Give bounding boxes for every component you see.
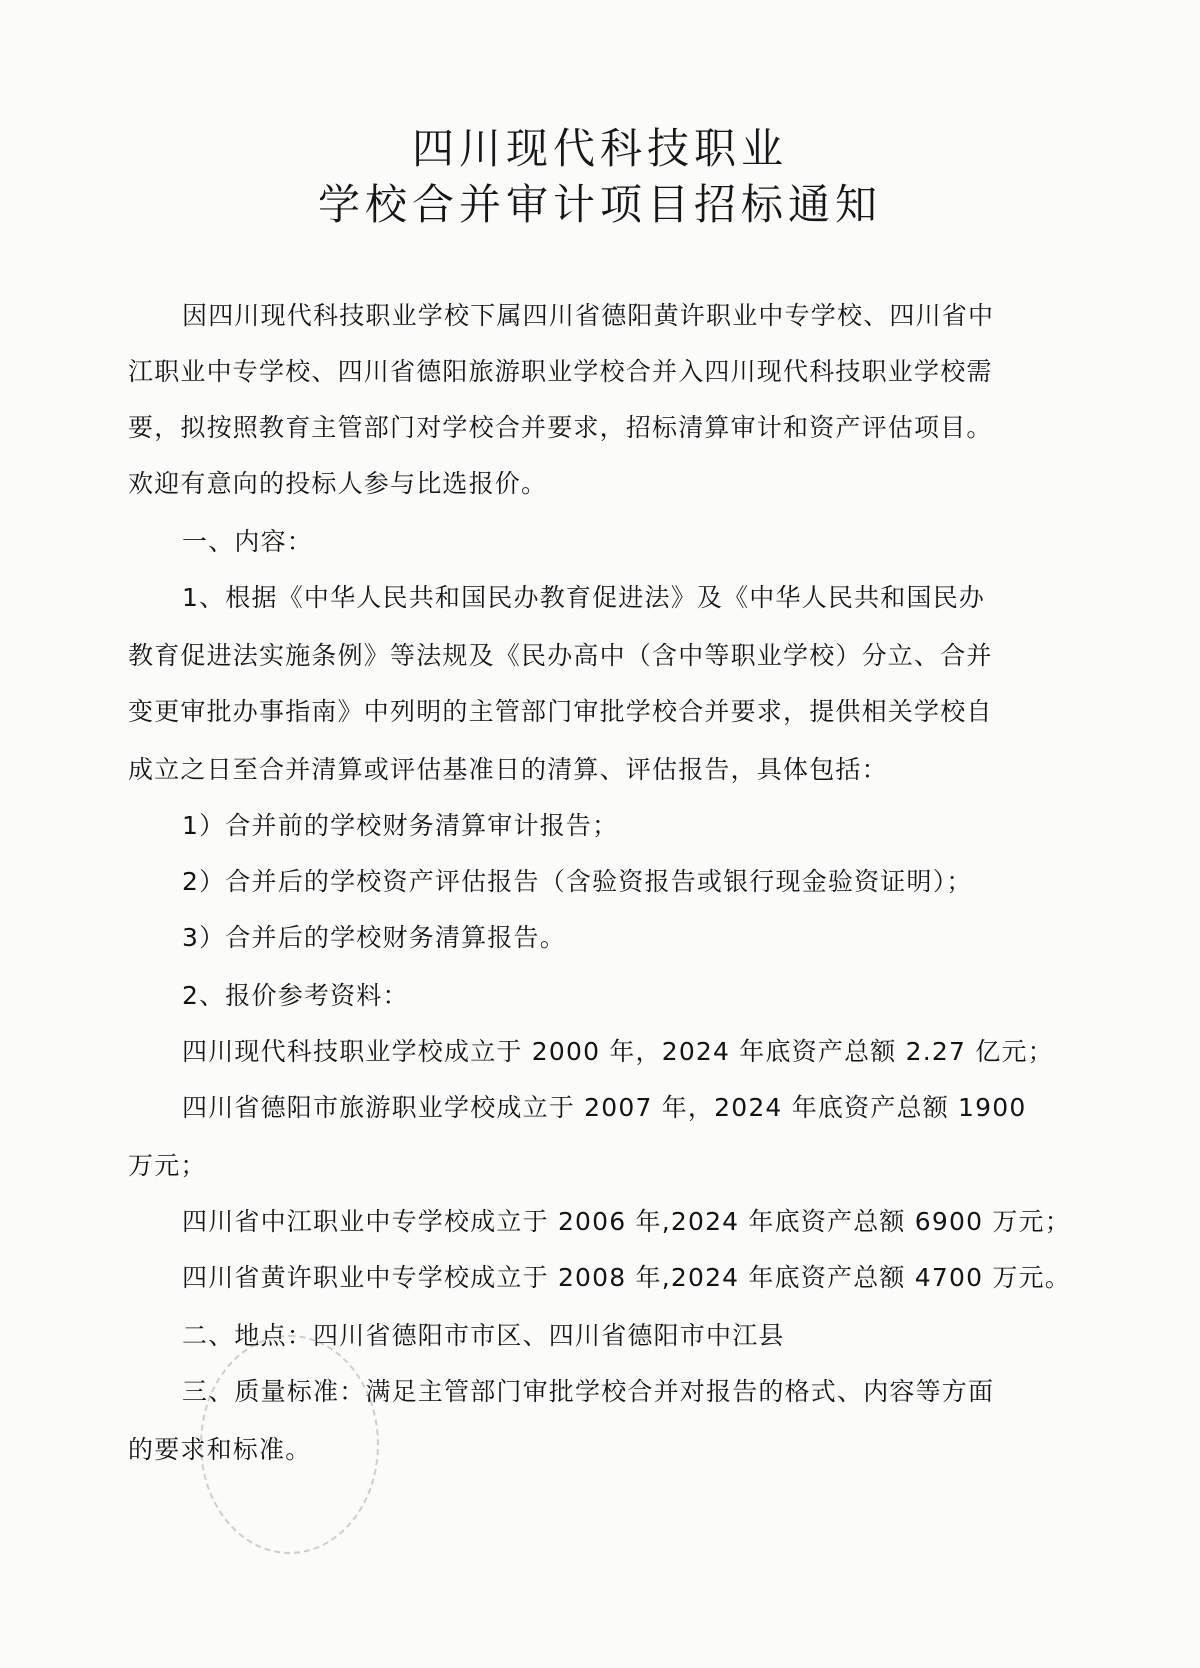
report-item: 2）合并后的学校资产评估报告（含验资报告或银行现金验资证明）； — [182, 862, 973, 898]
item1-line: 变更审批办事指南》中列明的主管部门审批学校合并要求，提供相关学校自 — [128, 692, 993, 728]
faded-stamp-icon — [200, 1335, 379, 1554]
intro-paragraph-line: 江职业中专学校、四川省德阳旅游职业学校合并入四川现代科技职业学校需 — [128, 352, 993, 388]
reference-line: 四川省德阳市旅游职业学校成立于 2007 年，2024 年底资产总额 1900 — [182, 1088, 1026, 1124]
intro-paragraph-line: 因四川现代科技职业学校下属四川省德阳黄许职业中专学校、四川省中 — [182, 296, 994, 332]
section-heading-content: 一、内容： — [182, 522, 313, 558]
reference-line: 四川省中江职业中专学校成立于 2006 年,2024 年底资产总额 6900 万… — [182, 1202, 1071, 1238]
intro-paragraph-line: 要，拟按照教育主管部门对学校合并要求，招标清算审计和资产评估项目。 — [128, 408, 993, 444]
item1-line: 成立之日至合并清算或评估基准日的清算、评估报告，具体包括： — [128, 750, 888, 786]
reference-line: 万元； — [128, 1146, 207, 1182]
document-title-line-1: 四川现代科技职业 — [0, 116, 1200, 176]
report-item: 1）合并前的学校财务清算审计报告； — [182, 806, 618, 842]
item2-heading: 2、报价参考资料： — [182, 976, 409, 1012]
report-item: 3）合并后的学校财务清算报告。 — [182, 918, 566, 954]
document-title-line-2: 学校合并审计项目招标通知 — [0, 172, 1200, 232]
document-page: 四川现代科技职业 学校合并审计项目招标通知 因四川现代科技职业学校下属四川省德阳… — [0, 0, 1200, 1668]
reference-line: 四川省黄许职业中专学校成立于 2008 年,2024 年底资产总额 4700 万… — [182, 1258, 1071, 1294]
intro-paragraph-line: 欢迎有意向的投标人参与比选报价。 — [128, 464, 547, 500]
reference-line: 四川现代科技职业学校成立于 2000 年，2024 年底资产总额 2.27 亿元… — [182, 1032, 1054, 1068]
item1-line: 教育促进法实施条例》等法规及《民办高中（含中等职业学校）分立、合并 — [128, 636, 993, 672]
item1-line: 1、根据《中华人民共和国民办教育促进法》及《中华人民共和国民办 — [182, 578, 985, 614]
